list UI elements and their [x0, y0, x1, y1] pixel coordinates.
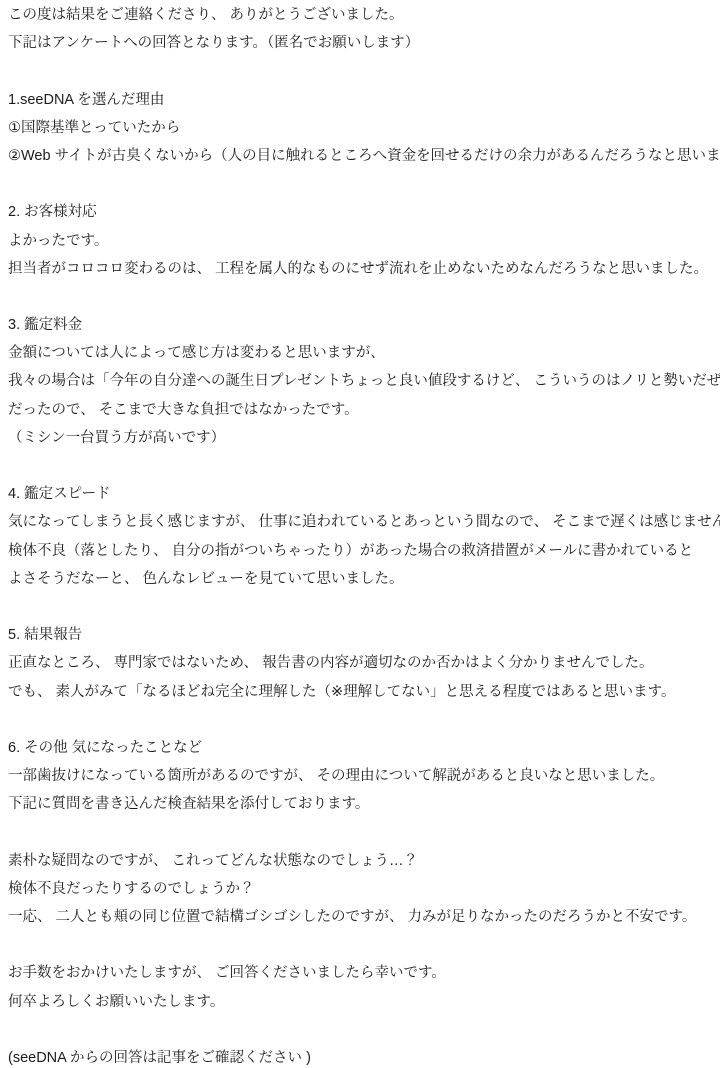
text-line: ①国際基準とっていたから [8, 114, 710, 142]
text-line: （ミシン一台買う方が高いです） [8, 424, 710, 452]
text-line: 気になってしまうと長く感じますが、 仕事に追われているとあっという間なので、 そ… [8, 508, 710, 536]
closing-note: (seeDNA からの回答は記事をご確認ください ) [8, 1044, 710, 1068]
blank-line [8, 283, 710, 311]
text-line: 一応、 二人とも頬の同じ位置で結構ゴシゴシしたのですが、 力みが足りなかったのだ… [8, 903, 710, 931]
section-heading-support: 2. お客様対応 [8, 198, 710, 226]
blank-line [8, 170, 710, 198]
text-line: だったので、 そこまで大きな負担ではなかったです。 [8, 396, 710, 424]
section-heading-reason: 1.seeDNA を選んだ理由 [8, 86, 710, 114]
text-line: 素朴な疑問なのですが、 これってどんな状態なのでしょう…？ [8, 847, 710, 875]
text-line: 下記はアンケートへの回答となります。（匿名でお願いします） [8, 29, 710, 57]
text-line: よさそうだなーと、 色んなレビューを見ていて思いました。 [8, 565, 710, 593]
text-line: 検体不良（落としたり、 自分の指がついちゃったり）があった場合の救済措置がメール… [8, 537, 710, 565]
blank-line [8, 818, 710, 846]
text-line: 一部歯抜けになっている箇所があるのですが、 その理由について解説があると良いなと… [8, 762, 710, 790]
text-line: 金額については人によって感じ方は変わると思いますが、 [8, 339, 710, 367]
text-line: よかったです。 [8, 227, 710, 255]
blank-line [8, 931, 710, 959]
text-line: お手数をおかけいたしますが、 ご回答くださいましたら幸いです。 [8, 959, 710, 987]
text-line: ②Web サイトが古臭くないから（人の目に触れるところへ資金を回せるだけの余力が… [8, 142, 710, 170]
section-heading-report: 5. 結果報告 [8, 621, 710, 649]
section-heading-other: 6. その他 気になったことなど [8, 734, 710, 762]
blank-line [8, 593, 710, 621]
section-heading-price: 3. 鑑定料金 [8, 311, 710, 339]
blank-line [8, 452, 710, 480]
text-line: 担当者がコロコロ変わるのは、 工程を属人的なものにせず流れを止めないためなんだろ… [8, 255, 710, 283]
text-line: 何卒よろしくお願いいたします。 [8, 988, 710, 1016]
blank-line [8, 706, 710, 734]
section-heading-speed: 4. 鑑定スピード [8, 480, 710, 508]
blank-line [8, 57, 710, 85]
document-body: この度は結果をご連絡くださり、 ありがとうございました。 下記はアンケートへの回… [0, 0, 720, 1068]
blank-line [8, 1016, 710, 1044]
text-line: 正直なところ、 専門家ではないため、 報告書の内容が適切なのか否かはよく分かりま… [8, 649, 710, 677]
text-line: でも、 素人がみて「なるほどね完全に理解した（※理解してない」と思える程度ではあ… [8, 678, 710, 706]
text-line: 検体不良だったりするのでしょうか？ [8, 875, 710, 903]
text-line: 我々の場合は「今年の自分達への誕生日プレゼントちょっと良い値段するけど、 こうい… [8, 367, 710, 395]
text-line: この度は結果をご連絡くださり、 ありがとうございました。 [8, 1, 710, 29]
text-line: 下記に質問を書き込んだ検査結果を添付しております。 [8, 790, 710, 818]
